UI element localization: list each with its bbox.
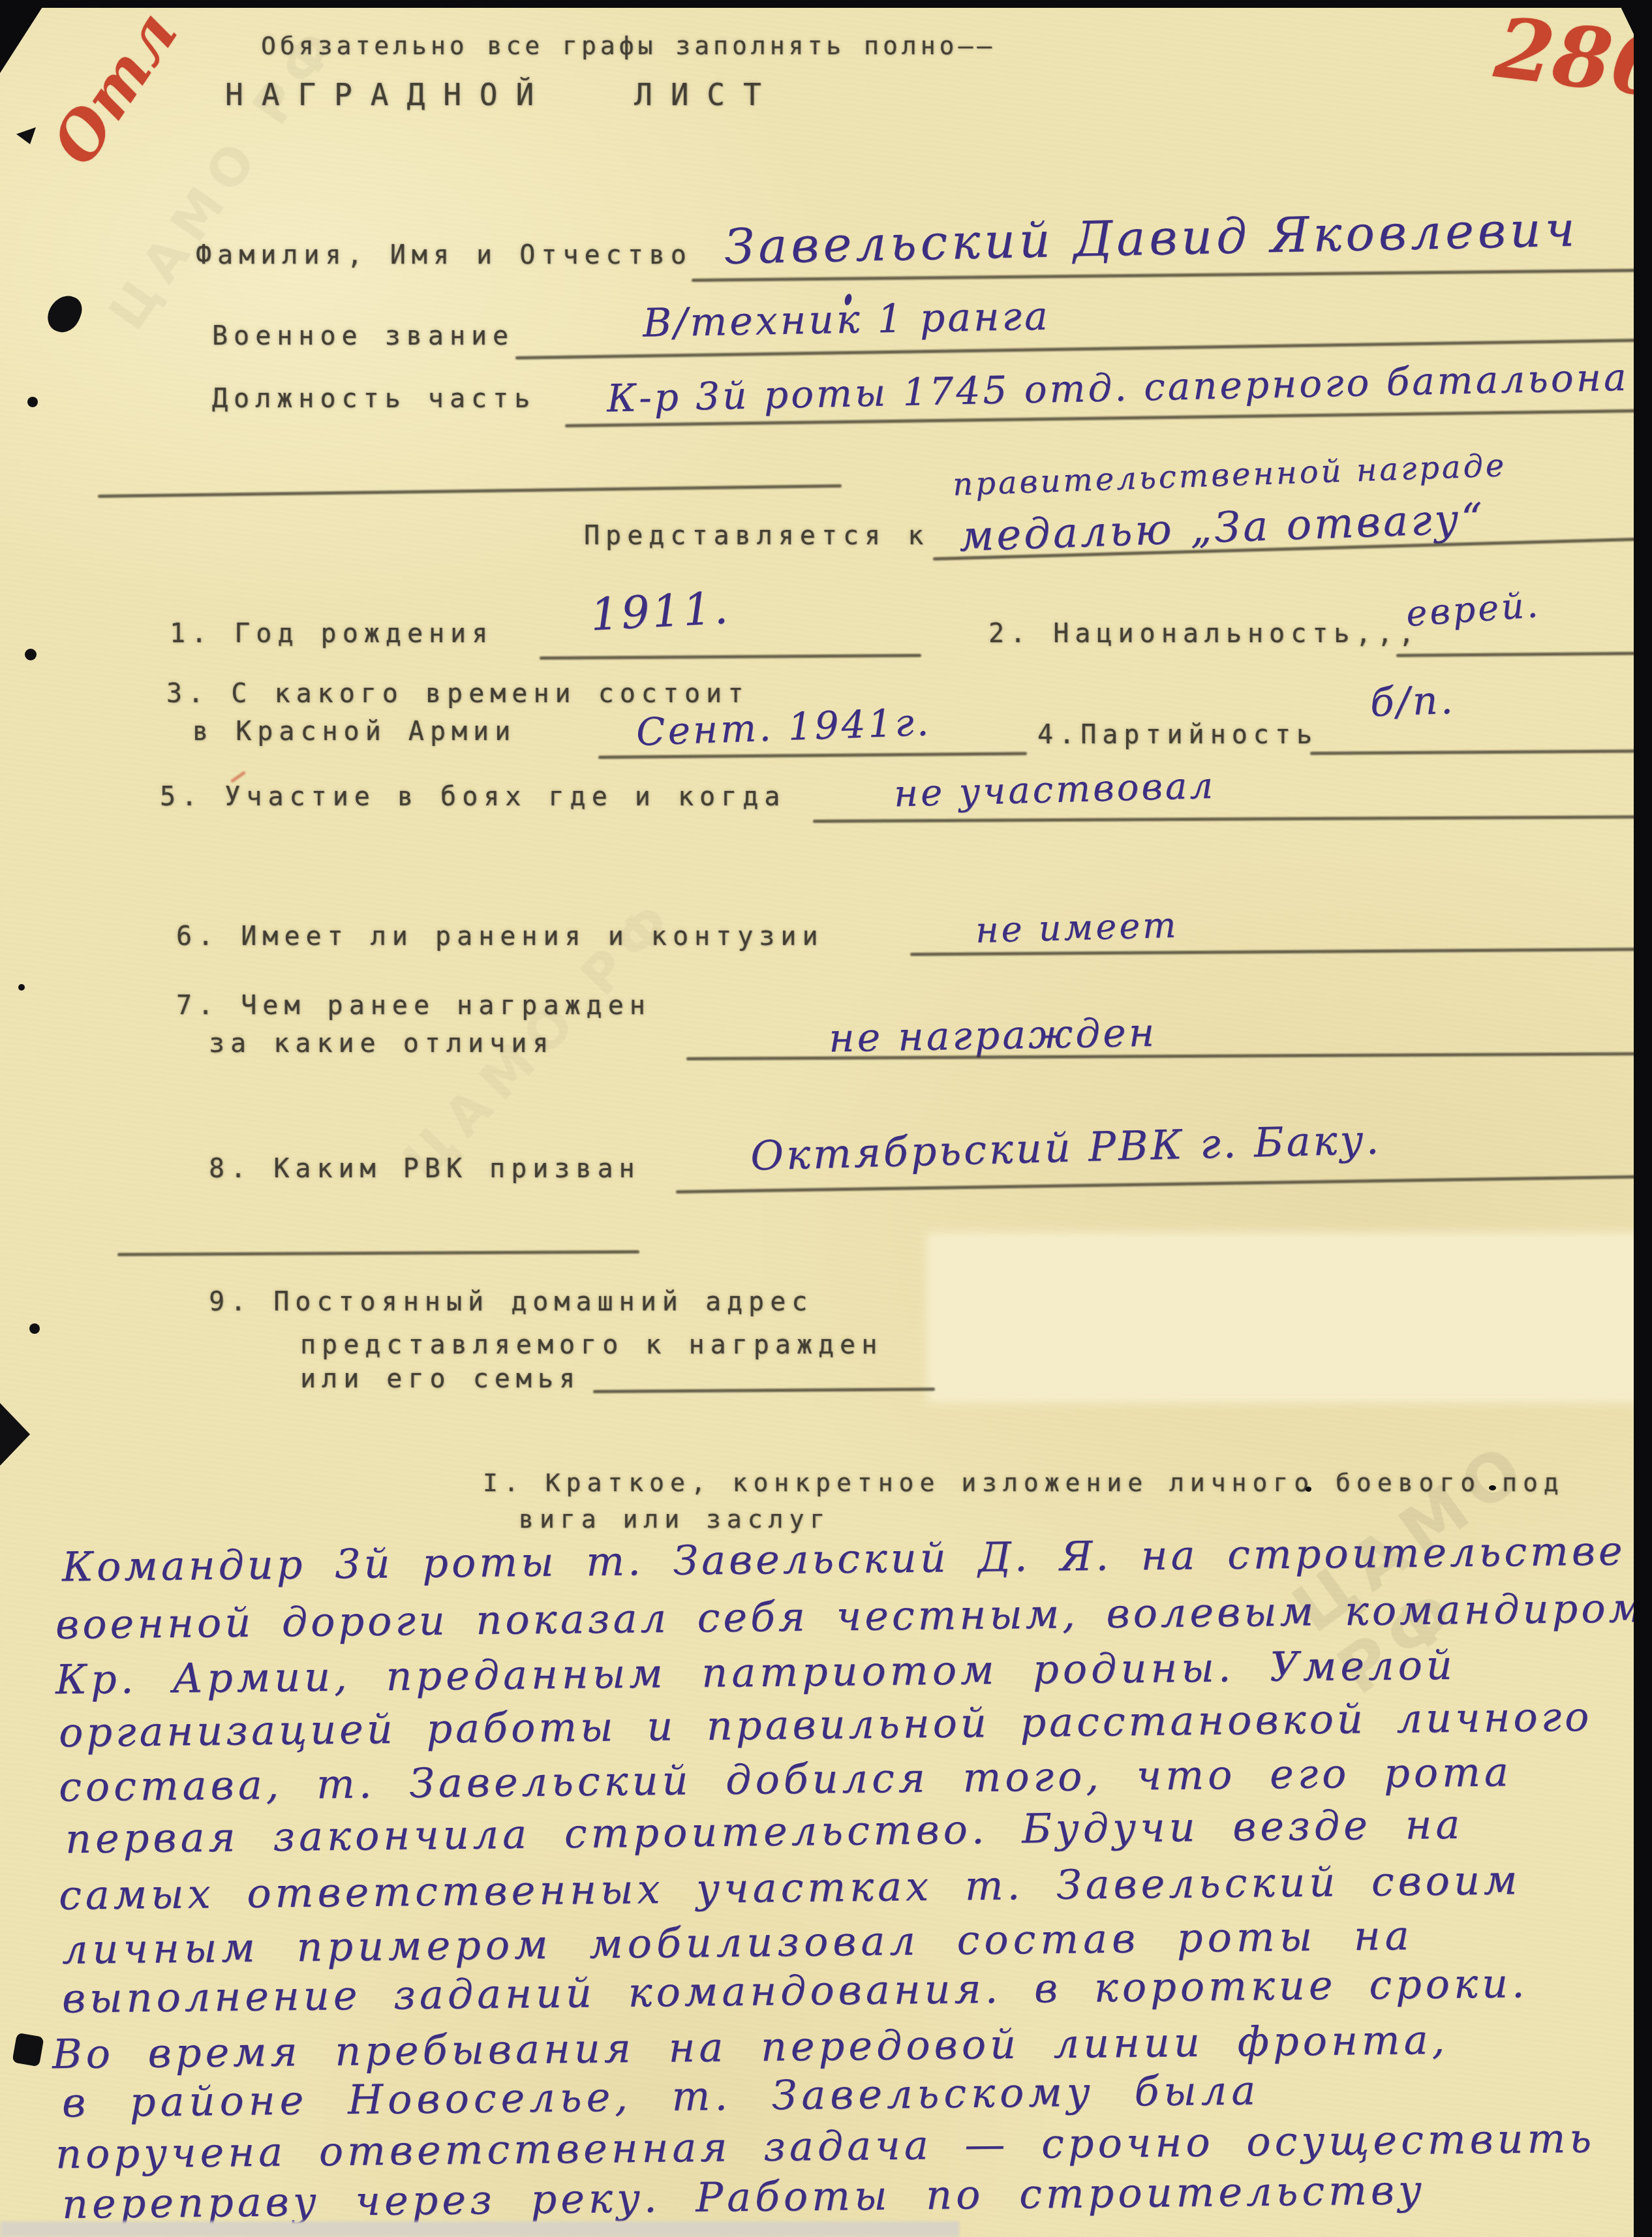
- ink-speck: [12, 2033, 44, 2067]
- page-title: НАГРАДНОЙ ЛИСТ: [225, 77, 780, 112]
- nominated-label: Представляется к: [584, 521, 929, 551]
- scan-edge-top: [0, 0, 1652, 8]
- home-address-label-line1: 9. Постоянный домашний адрес: [209, 1287, 813, 1317]
- rank-label: Военное звание: [212, 321, 514, 351]
- top-instruction: Обязательно все графы заполнять полно——: [261, 31, 996, 60]
- blank-line-2: [117, 1250, 639, 1256]
- service-since-label-line2: в Красной Армии: [192, 717, 516, 747]
- prior-awards-value: не награжден: [828, 1010, 1157, 1062]
- scan-edge-right: [1634, 0, 1652, 2237]
- combat-underline: [813, 815, 1652, 823]
- ink-speck: [25, 649, 37, 660]
- ink-speck: [1306, 1487, 1311, 1492]
- combat-label: 5. Участие в боях где и когда: [160, 782, 786, 812]
- citation-line: самых ответственных участках т. Завельск…: [59, 1856, 1522, 1919]
- nationality-label: 2. Национальность,,,: [988, 619, 1420, 649]
- blank-line: [98, 484, 842, 498]
- citation-heading-line1: I. Краткое, конкретное изложение личного…: [483, 1468, 1565, 1497]
- red-grade-note: Отл: [37, 0, 192, 177]
- nationality-underline: [1396, 652, 1652, 657]
- prior-awards-label-line2: за какие отличия: [209, 1028, 554, 1058]
- citation-line: состава, т. Завельский добился того, что…: [59, 1748, 1513, 1810]
- nationality-value: еврей.: [1405, 584, 1542, 634]
- service-since-value: Сент. 1941г.: [635, 700, 932, 754]
- combat-value: не участвовал: [893, 765, 1216, 816]
- ink-speck: [16, 127, 36, 144]
- ink-speck: [1489, 1485, 1496, 1490]
- citation-line: организацией работы и правильной расстан…: [59, 1693, 1593, 1757]
- citation-heading-line2: вига или заслуг: [519, 1505, 831, 1534]
- party-underline: [1310, 749, 1652, 755]
- prior-awards-label-line1: 7. Чем ранее награжден: [176, 991, 651, 1021]
- home-address-label-line2: представляемого к награжден: [300, 1330, 883, 1360]
- scan-fold-shadow: [0, 1403, 30, 1466]
- name-value: Завельский Давид Яковлевич: [724, 201, 1579, 275]
- party-label: 4.Партийность: [1037, 720, 1318, 750]
- party-value: б/п.: [1369, 677, 1456, 726]
- punch-hole: [44, 291, 86, 337]
- birth-year-underline: [540, 654, 921, 660]
- birth-year-label: 1. Год рождения: [170, 619, 493, 649]
- name-label: Фамилия, Имя и Отчество: [196, 240, 692, 270]
- award-sheet-scan: ЦАМО РФ ЦАМО РФ ЦАМО РФ Отл 286 Обязател…: [0, 0, 1652, 2237]
- home-address-label-line3: или его семья: [300, 1364, 581, 1394]
- wounds-value: не имеет: [975, 904, 1179, 951]
- service-since-label-line1: 3. С какого времени состоит: [166, 679, 749, 709]
- redaction-block: [932, 1237, 1652, 1398]
- nominated-value-line1: правительственной награде: [952, 447, 1507, 503]
- birth-year-value: 1911.: [589, 582, 732, 641]
- drafted-by-label: 8. Каким РВК призван: [209, 1154, 641, 1184]
- citation-line: первая закончила строительство. Будучи в…: [65, 1800, 1464, 1862]
- drafted-by-value: Октябрьский РВК г. Баку.: [750, 1115, 1382, 1179]
- scan-corner-top-left: [0, 0, 47, 73]
- ink-speck: [29, 1323, 40, 1334]
- citation-line: Кр. Армии, преданным патриотом родины. У…: [55, 1641, 1456, 1703]
- position-value: К-р 3й роты 1745 отд. саперного батальон…: [606, 355, 1629, 421]
- wounds-label: 6. Имеет ли ранения и контузии: [176, 921, 823, 951]
- home-address-underline: [593, 1387, 935, 1393]
- position-label: Должность часть: [212, 384, 536, 414]
- scan-edge-bottom: [0, 2221, 959, 2237]
- ink-speck: [27, 397, 38, 407]
- ink-speck: [18, 984, 25, 991]
